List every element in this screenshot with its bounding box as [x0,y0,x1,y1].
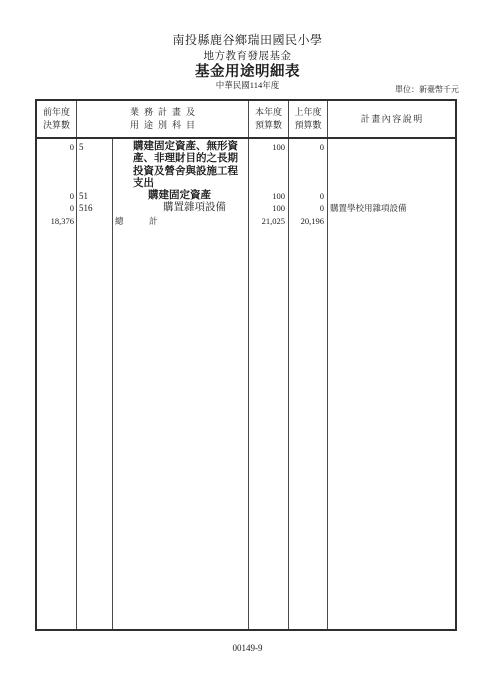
last-year-budget-amount: 0 [289,141,327,153]
account-code: 5 [77,141,112,153]
header-text: 用途別科目 [77,119,248,132]
account-code: 51 [77,190,112,202]
current-year-budget-amount: 100 [249,202,288,214]
table-header-row: 前年度 決算數 業務計畫及 用途別科目 本年度 預算數 上年度 預算數 計畫內容… [37,101,455,139]
header-text: 決算數 [37,119,76,132]
prev-year-final-amount: 0 [37,202,76,214]
header-text: 前年度 [37,106,76,119]
last-year-budget-amount: 20,196 [289,215,327,227]
last-year-budget-amount: 0 [289,190,327,202]
fund-usage-table: 前年度 決算數 業務計畫及 用途別科目 本年度 預算數 上年度 預算數 計畫內容… [35,99,457,631]
header-current-year-budget: 本年度 預算數 [249,101,289,137]
header-program-subject: 業務計畫及 用途別科目 [77,101,249,137]
column-divider [76,139,77,629]
table-row: 0 51 購建固定資產 100 0 [37,190,455,202]
header-text: 上年度 [289,106,327,119]
current-year-budget-amount: 100 [249,190,288,202]
table-row: 0 516 購置雜項設備 100 0 購置學校用雜項設備 [37,202,455,214]
subject-name: 購建固定資產、無形資產、非理財目的之長期投資及營舍與設施工程支出 [113,141,248,190]
subject-name: 購建固定資產 [113,190,248,202]
column-divider [248,139,249,629]
header-text: 預算數 [289,119,327,132]
currency-unit-note: 單位：新臺幣千元 [395,84,459,95]
header-text: 計畫內容說明 [328,113,455,126]
prev-year-final-amount: 0 [37,141,76,153]
column-divider [327,139,328,629]
column-divider [112,139,113,629]
last-year-budget-amount: 0 [289,202,327,214]
header-plan-description: 計畫內容說明 [328,101,455,137]
current-year-budget-amount: 100 [249,141,288,153]
current-year-budget-amount: 21,025 [249,215,288,227]
table-row: 0 5 購建固定資產、無形資產、非理財目的之長期投資及營舍與設施工程支出 100… [37,141,455,190]
school-name: 南投縣鹿谷鄉瑞田國民小學 [0,31,495,48]
prev-year-final-amount: 0 [37,190,76,202]
header-text: 本年度 [249,106,288,119]
subject-name: 購置雜項設備 [113,202,248,214]
page-number: 00149-9 [0,643,495,653]
budget-document-page: 南投縣鹿谷鄉瑞田國民小學 地方教育發展基金 基金用途明細表 中華民國114年度 … [0,0,495,700]
column-divider [288,139,289,629]
account-code: 516 [77,202,112,214]
header-prev-year-final: 前年度 決算數 [37,101,77,137]
header-last-year-budget: 上年度 預算數 [289,101,328,137]
plan-description: 購置學校用雜項設備 [328,202,455,214]
table-body: 0 5 購建固定資產、無形資產、非理財目的之長期投資及營舍與設施工程支出 100… [37,139,455,629]
total-label: 總 計 [113,215,248,227]
prev-year-final-amount: 18,376 [37,215,76,227]
report-title: 基金用途明細表 [0,60,495,81]
table-total-row: 18,376 總 計 21,025 20,196 [37,215,455,227]
header-text: 預算數 [249,119,288,132]
header-text: 業務計畫及 [77,106,248,119]
